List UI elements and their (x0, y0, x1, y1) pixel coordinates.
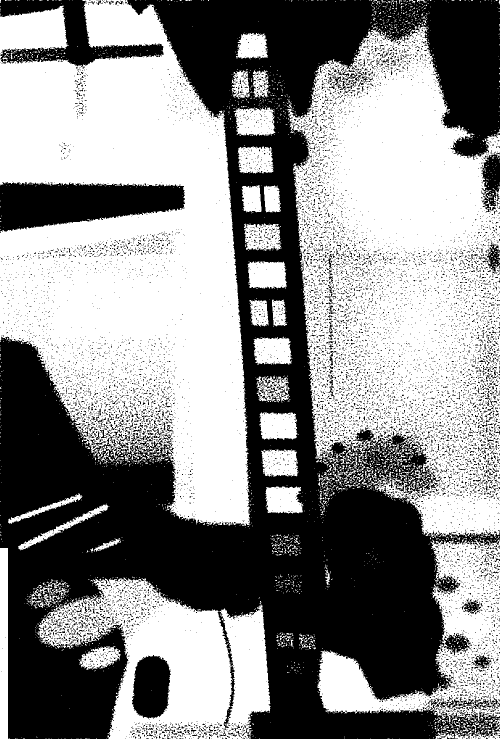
rubble-clump (444, 634, 470, 652)
brick-blob-dim (276, 632, 295, 648)
bottom-gray-band (424, 714, 500, 736)
board-bright-patch (55, 279, 178, 338)
brick-blob-dim (284, 661, 305, 675)
brick-blob (244, 224, 282, 250)
bush-speck (392, 436, 404, 444)
left-margin-strip (0, 548, 8, 739)
halftone-photo (0, 0, 500, 739)
bottom-gray-band (132, 722, 254, 739)
bush-speck (332, 443, 344, 453)
mullion-joint (66, 47, 96, 65)
top-shadow-clump (372, 51, 412, 73)
bottom-streak (428, 700, 500, 708)
top-corner-frill (452, 137, 488, 157)
window-smudge (59, 137, 73, 163)
rubble-clump (463, 600, 481, 614)
bush-lobe (394, 522, 422, 558)
bush-speck (412, 455, 426, 465)
bush-speck (297, 490, 309, 504)
bottom-dark-band (250, 712, 435, 739)
bush-speck (313, 463, 327, 473)
bush-texture (362, 546, 382, 574)
brick-blob (254, 338, 292, 364)
hole-shape (131, 655, 171, 720)
brick-blob-dim (298, 634, 317, 650)
rubble-clump (435, 577, 459, 593)
brick-blob (261, 450, 298, 476)
wall-ground-light-band (424, 498, 500, 532)
brick-blob (248, 262, 287, 288)
brick-blob-dim (270, 534, 302, 556)
brick-blob (238, 147, 274, 173)
top-corner-frill (442, 112, 462, 128)
rubble-clump (474, 656, 490, 668)
brick-blob (260, 413, 298, 439)
wall-clump (488, 244, 500, 272)
wall-ground-line (420, 534, 500, 543)
brick-blob-dim (273, 574, 303, 594)
brick-blob (256, 376, 291, 402)
bush-halo (391, 464, 439, 496)
dithered-scene (0, 0, 500, 739)
window-mullion-vertical-faint (74, 60, 87, 118)
bush-speck (357, 431, 373, 441)
top-shadow-clump (326, 67, 378, 93)
photo-canvas (0, 0, 500, 739)
